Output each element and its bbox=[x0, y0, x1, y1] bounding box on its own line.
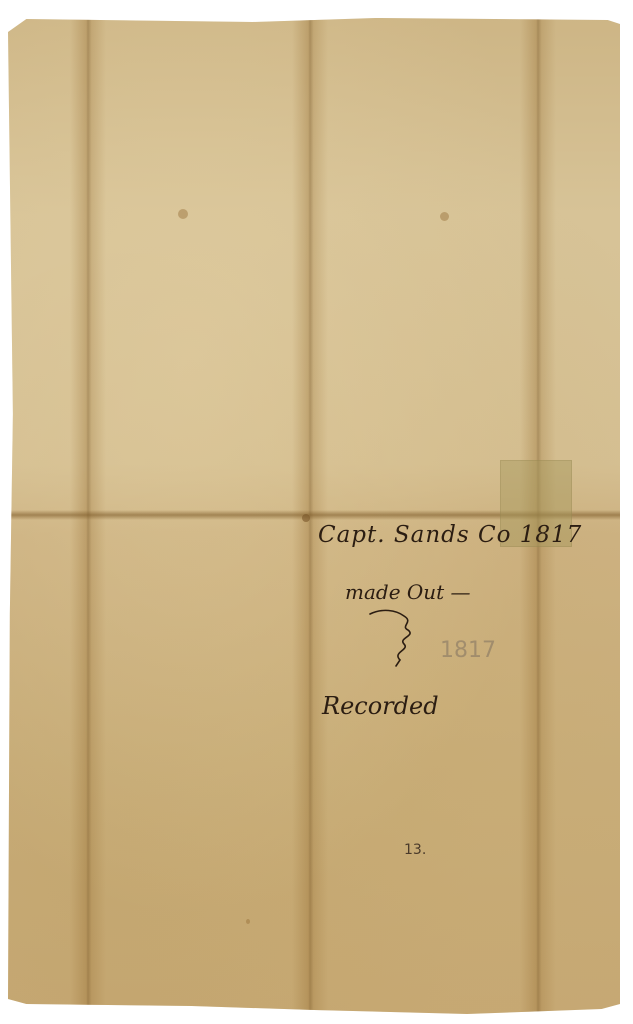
stain-spot bbox=[440, 212, 449, 221]
status-annotation: made Out — bbox=[345, 580, 471, 604]
stain-spot bbox=[246, 919, 250, 924]
stain-spot bbox=[178, 209, 188, 219]
number-annotation: 13. bbox=[404, 842, 426, 858]
recorded-annotation: Recorded bbox=[322, 692, 439, 720]
flourish-mark-icon bbox=[362, 608, 422, 668]
heading-annotation: Capt. Sands Co 1817 bbox=[318, 522, 582, 548]
fold-intersection-mark bbox=[302, 514, 310, 522]
pencil-year-annotation: 1817 bbox=[440, 638, 496, 663]
